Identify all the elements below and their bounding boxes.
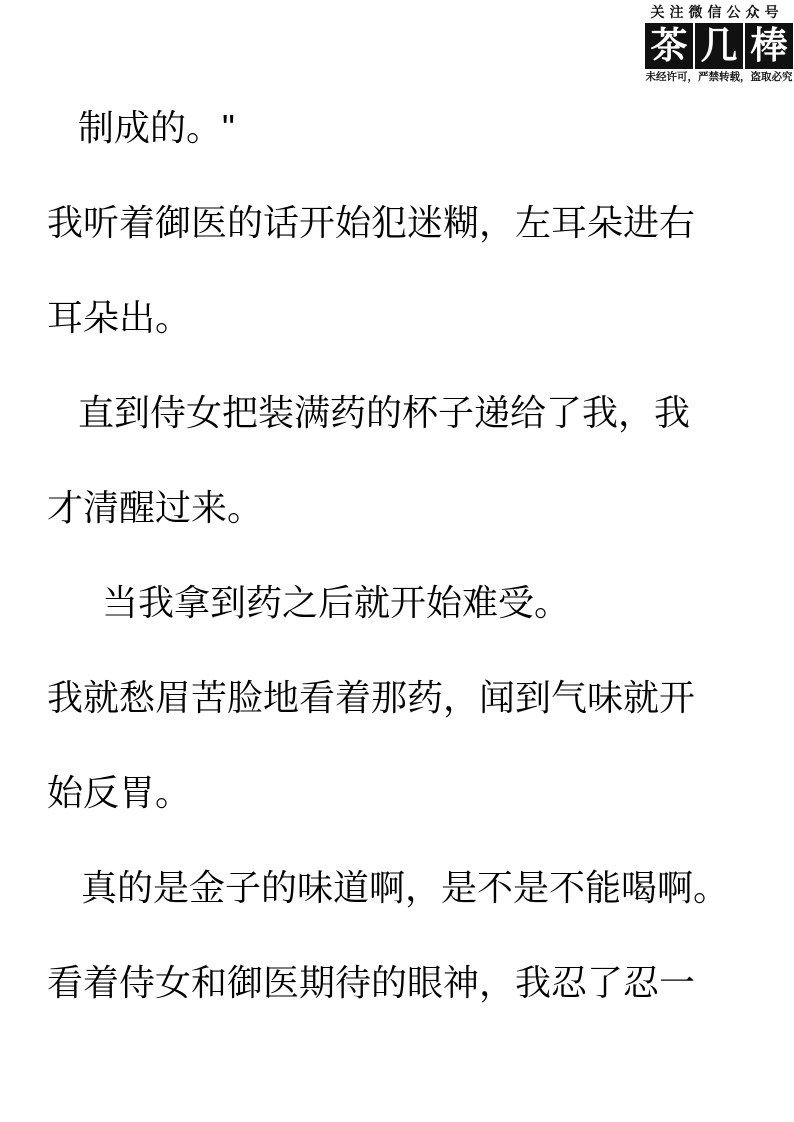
text-line: 我就愁眉苦脸地看着那药，闻到气味就开	[47, 650, 767, 745]
text-line: 制成的。"	[47, 80, 767, 175]
logo-char: 茶	[645, 23, 693, 69]
wechat-banner-text: 关注微信公众号	[641, 4, 793, 21]
text-line: 当我拿到药之后就开始难受。	[47, 555, 767, 650]
text-line: 真的是金子的味道啊，是不是不能喝啊。	[47, 840, 767, 935]
page: { "page": { "background": "#ffffff", "te…	[0, 0, 794, 1122]
text-line: 始反胃。	[47, 745, 767, 840]
watermark: 关注微信公众号 茶 几 棒 未经许可，严禁转载，盗取必究	[645, 4, 793, 84]
text-line: 我听着御医的话开始犯迷糊，左耳朵进右	[47, 175, 767, 270]
text-line: 看着侍女和御医期待的眼神，我忍了忍一	[47, 935, 767, 1030]
text-line: 直到侍女把装满药的杯子递给了我，我	[47, 365, 767, 460]
logo-char: 几	[695, 23, 743, 69]
text-content: 制成的。" 我听着御医的话开始犯迷糊，左耳朵进右 耳朵出。 直到侍女把装满药的杯…	[47, 80, 767, 1030]
text-line: 才清醒过来。	[47, 460, 767, 555]
logo-char: 棒	[745, 23, 793, 69]
text-line: 耳朵出。	[47, 270, 767, 365]
logo-box: 茶 几 棒	[645, 23, 793, 69]
